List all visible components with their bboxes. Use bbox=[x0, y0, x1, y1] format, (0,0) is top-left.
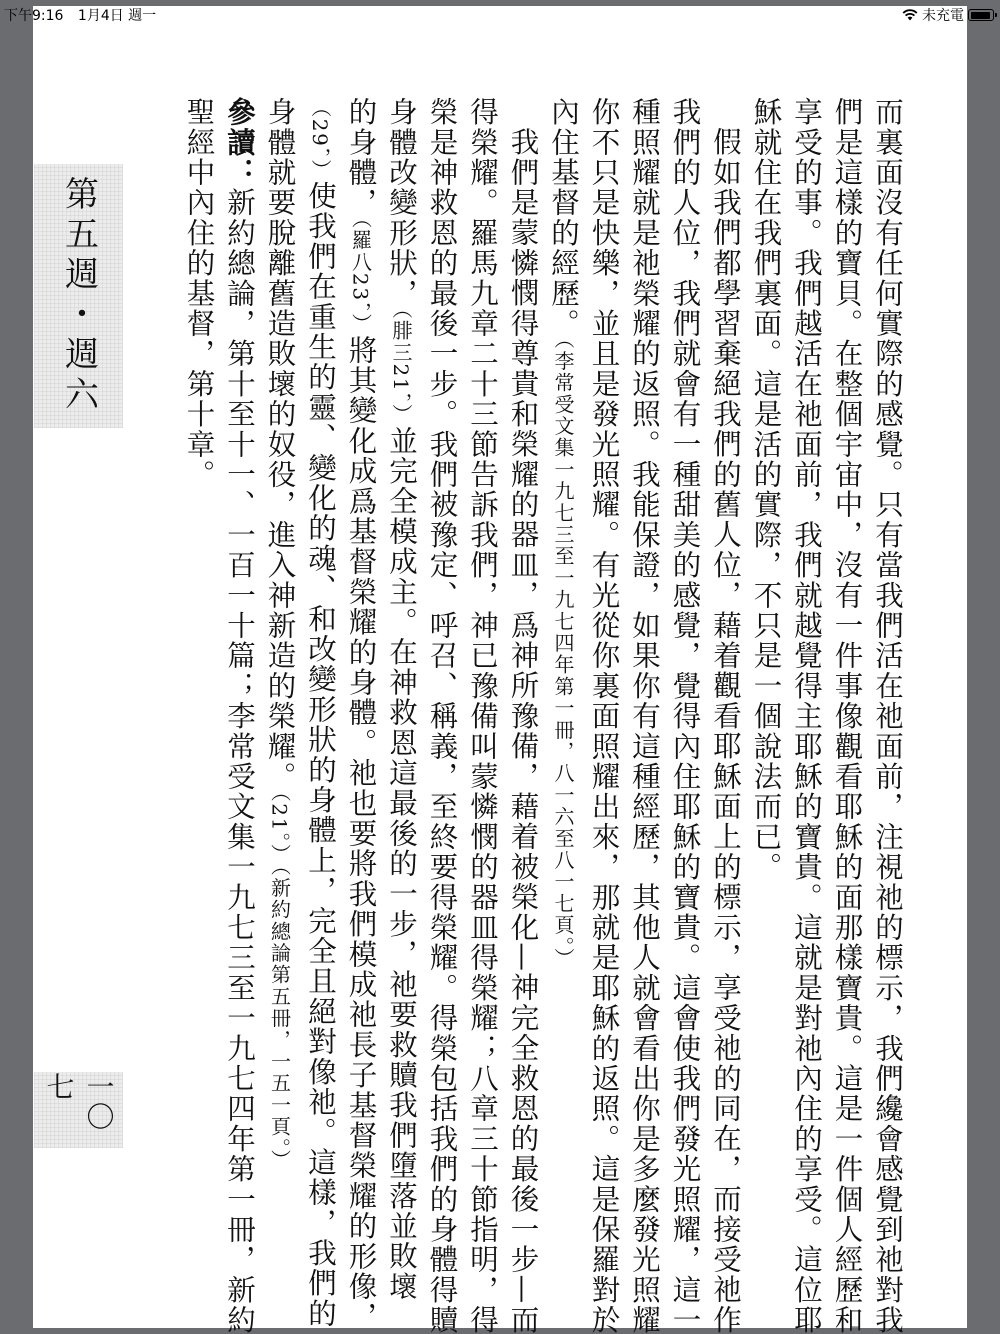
charging-status: 未充電 bbox=[922, 5, 964, 25]
text-line: 內住基督的經歷。 bbox=[547, 97, 580, 339]
status-bar: 下午9:16 1月4日 週一 未充電 bbox=[0, 0, 1000, 30]
text-line: 的身體， bbox=[345, 97, 378, 218]
text-line-with-citation: 身體改變形狀，（腓三21，）並完全模成主。在神救恩這最後的一步，祂要救贖我們墮落… bbox=[381, 97, 422, 1257]
week-day-label: 第五週・週六 bbox=[62, 176, 96, 416]
text-line: 使我們在重生的靈、變化的魂、和改變形狀的身體上，完全且絕對像祂。這樣，我們的 bbox=[304, 181, 337, 1329]
text-line: 們是這樣的寶貝。在整個宇宙中，沒有一件事像觀看耶穌的面那樣寶貴。這是一件個人經歷… bbox=[826, 97, 867, 1257]
further-reading-text: 新約總論，第十至十一、一百一十篇；李常受文集一九七三至一九七四年第一冊，新約 bbox=[223, 188, 256, 1334]
further-reading-label: 參讀： bbox=[223, 97, 256, 188]
status-left: 下午9:16 1月4日 週一 bbox=[4, 5, 166, 25]
status-date: 1月4日 週一 bbox=[78, 8, 156, 24]
paragraph-start: 假如我們都學習棄絕我們的舊人位，藉着觀看耶穌面上的標示，享受祂的同在，而接受祂作 bbox=[705, 97, 746, 1257]
battery-icon bbox=[968, 9, 994, 21]
text-line-with-citation: 身體就要脫離舊造敗壞的奴役，進入神新造的榮耀。（21。）（新約總論第五冊，一五一… bbox=[259, 97, 300, 1257]
paragraph-start: 我們是蒙憐憫得尊貴和榮耀的器皿，爲神所豫備，藉着被榮化—神完全救恩的最後一步—而 bbox=[502, 97, 543, 1257]
text-line: 並完全模成主。在神救恩這最後的一步，祂要救贖我們墮落並敗壞 bbox=[385, 426, 418, 1302]
verse-reference: （29，） bbox=[308, 97, 332, 181]
verse-reference: （21。） bbox=[268, 792, 292, 866]
text-line: 享受的事。我們越活在祂面前，我們就越覺得主耶穌的寶貴。這就是對祂內住的享受。這位… bbox=[786, 97, 827, 1257]
verse-reference: （腓三21，） bbox=[389, 308, 413, 425]
citation: （李常受文集一九七三至一九七四年第一冊，八一六至八一七頁。） bbox=[551, 339, 575, 970]
wifi-icon bbox=[902, 9, 918, 21]
text-line: 身體就要脫離舊造敗壞的奴役，進入神新造的榮耀。 bbox=[264, 97, 297, 792]
status-time: 下午9:16 bbox=[4, 8, 63, 24]
text-line: 得榮耀。羅馬九章二十三節告訴我們，神已豫備叫蒙憐憫的器皿得榮耀；八章三十節指明，… bbox=[462, 97, 503, 1257]
text-line-with-citation: 的身體，（羅八23，）將其變化成爲基督榮耀的身體。祂也要將我們模成祂長子基督榮耀… bbox=[340, 97, 381, 1257]
text-line: 穌就住在我們裏面。這是活的實際，不只是一個說法而已。 bbox=[745, 97, 786, 1257]
text-line-with-citation: （29，）使我們在重生的靈、變化的魂、和改變形狀的身體上，完全且絕對像祂。這樣，… bbox=[300, 97, 341, 1257]
verse-reference: （羅八23，） bbox=[349, 218, 373, 335]
text-line: 而裏面沒有任何實際的感覺。只有當我們活在祂面前，注視祂的標示，我們纔會感覺到祂對… bbox=[867, 97, 908, 1257]
text-line: 你不只是快樂，並且是發光照耀。有光從你裏面照耀出來，那就是耶穌的返照。這是保羅對… bbox=[583, 97, 624, 1257]
citation: （新約總論第五冊，一五一頁。） bbox=[268, 866, 292, 1172]
text-line: 聖經中內住的基督，第十章。 bbox=[178, 97, 219, 1257]
text-line: 種照耀就是祂榮耀的返照。我能保證，如果你有這種經歷，其他人就會看出你是多麼發光照… bbox=[624, 97, 665, 1257]
page-number-tab: 一〇七 bbox=[34, 1072, 123, 1148]
text-line: 榮是神救恩的最後一步。我們被豫定、呼召、稱義，至終要得榮耀。得榮包括我們的身體得… bbox=[421, 97, 462, 1257]
text-line: 將其變化成爲基督榮耀的身體。祂也要將我們模成祂長子基督榮耀的形像， bbox=[345, 335, 378, 1332]
text-line: 我們的人位，我們就會有一種甜美的感覺，覺得內住耶穌的寶貴。這會使我們發光照耀，這… bbox=[664, 97, 705, 1257]
text-line: 身體改變形狀， bbox=[385, 97, 418, 308]
status-right: 未充電 bbox=[902, 5, 994, 25]
week-day-tab: 第五週・週六 bbox=[34, 164, 123, 428]
text-line-with-citation: 內住基督的經歷。（李常受文集一九七三至一九七四年第一冊，八一六至八一七頁。） bbox=[543, 97, 584, 1257]
page-number: 一〇七 bbox=[39, 1072, 119, 1148]
vertical-text-body: 而裏面沒有任何實際的感覺。只有當我們活在祂面前，注視祂的標示，我們纔會感覺到祂對… bbox=[178, 97, 907, 1257]
further-reading: 參讀：新約總論，第十至十一、一百一十篇；李常受文集一九七三至一九七四年第一冊，新… bbox=[219, 97, 260, 1257]
